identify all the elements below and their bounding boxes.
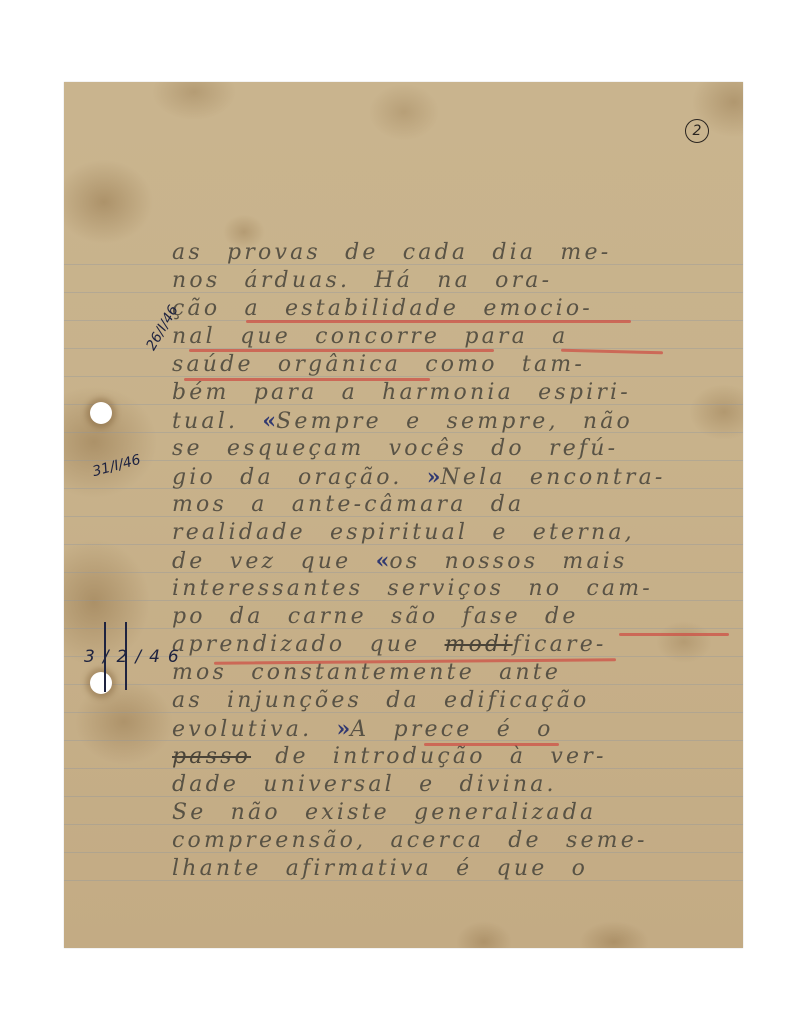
text-line-23: lhante afirmativa é que o — [172, 856, 732, 882]
hole-punch — [90, 672, 112, 694]
text-line-6: bém para a harmonia espiri- — [172, 380, 732, 406]
margin-date-note: 31/I/46 — [91, 452, 143, 480]
text-line-19: passo de introdução à ver- — [172, 744, 732, 770]
text-fragment: aprendizado que — [172, 632, 420, 657]
page-number: 2 — [685, 119, 709, 143]
text-line-11: realidade espiritual e eterna, — [172, 520, 732, 546]
text-fragment: os nossos mais — [389, 549, 627, 574]
text-line-22: compreensão, acerca de seme- — [172, 828, 732, 854]
text-fragment: de vez que — [172, 549, 351, 574]
hole-punch — [90, 402, 112, 424]
margin-date-note: 3/2/46 — [84, 647, 187, 667]
close-quote-mark: » — [337, 716, 351, 742]
margin-divider-mark — [104, 622, 106, 692]
text-line-21: Se não existe generalizada — [172, 800, 732, 826]
text-fragment: tual. — [172, 409, 238, 434]
red-underline — [246, 320, 631, 323]
text-line-5: saúde orgânica como tam- — [172, 352, 732, 378]
red-underline — [184, 378, 430, 381]
text-line-18: evolutiva. »A prece é o — [172, 716, 732, 743]
margin-divider-mark — [125, 622, 127, 690]
struck-text: passo — [172, 744, 251, 769]
red-underline — [189, 349, 494, 352]
text-line-7: tual. «Sempre e sempre, não — [172, 408, 732, 435]
text-line-20: dade universal e divina. — [172, 772, 732, 798]
text-line-9: gio da oração. »Nela encontra- — [172, 464, 732, 491]
text-fragment: A prece é o — [350, 717, 553, 742]
text-line-17: as injunções da edificação — [172, 688, 732, 714]
text-line-14: po da carne são fase de — [172, 604, 732, 630]
text-line-10: mos a ante-câmara da — [172, 492, 732, 518]
text-line-1: as provas de cada dia me- — [172, 240, 732, 266]
text-line-2: nos árduas. Há na ora- — [172, 268, 732, 294]
open-quote-mark: « — [376, 548, 390, 574]
red-underline — [424, 743, 559, 746]
open-quote-mark: « — [262, 408, 276, 434]
text-line-13: interessantes serviços no cam- — [172, 576, 732, 602]
text-line-8: se esqueçam vocês do refú- — [172, 436, 732, 462]
red-underline — [619, 633, 729, 636]
close-quote-mark: » — [427, 464, 441, 490]
text-line-12: de vez que «os nossos mais — [172, 548, 732, 575]
text-fragment: Sempre e sempre, não — [276, 409, 633, 434]
text-line-4: nal que concorre para a — [172, 324, 732, 350]
text-fragment: de introdução à ver- — [275, 744, 606, 769]
text-fragment: gio da oração. — [172, 465, 403, 490]
text-line-3: ção a estabilidade emocio- — [172, 296, 732, 322]
struck-text: modi — [445, 632, 513, 657]
manuscript-page: 2 as provas de cada dia me- nos árduas. … — [64, 82, 743, 948]
text-fragment: ficare- — [513, 632, 607, 657]
text-fragment: Nela encontra- — [440, 465, 665, 490]
text-fragment: evolutiva. — [172, 717, 312, 742]
